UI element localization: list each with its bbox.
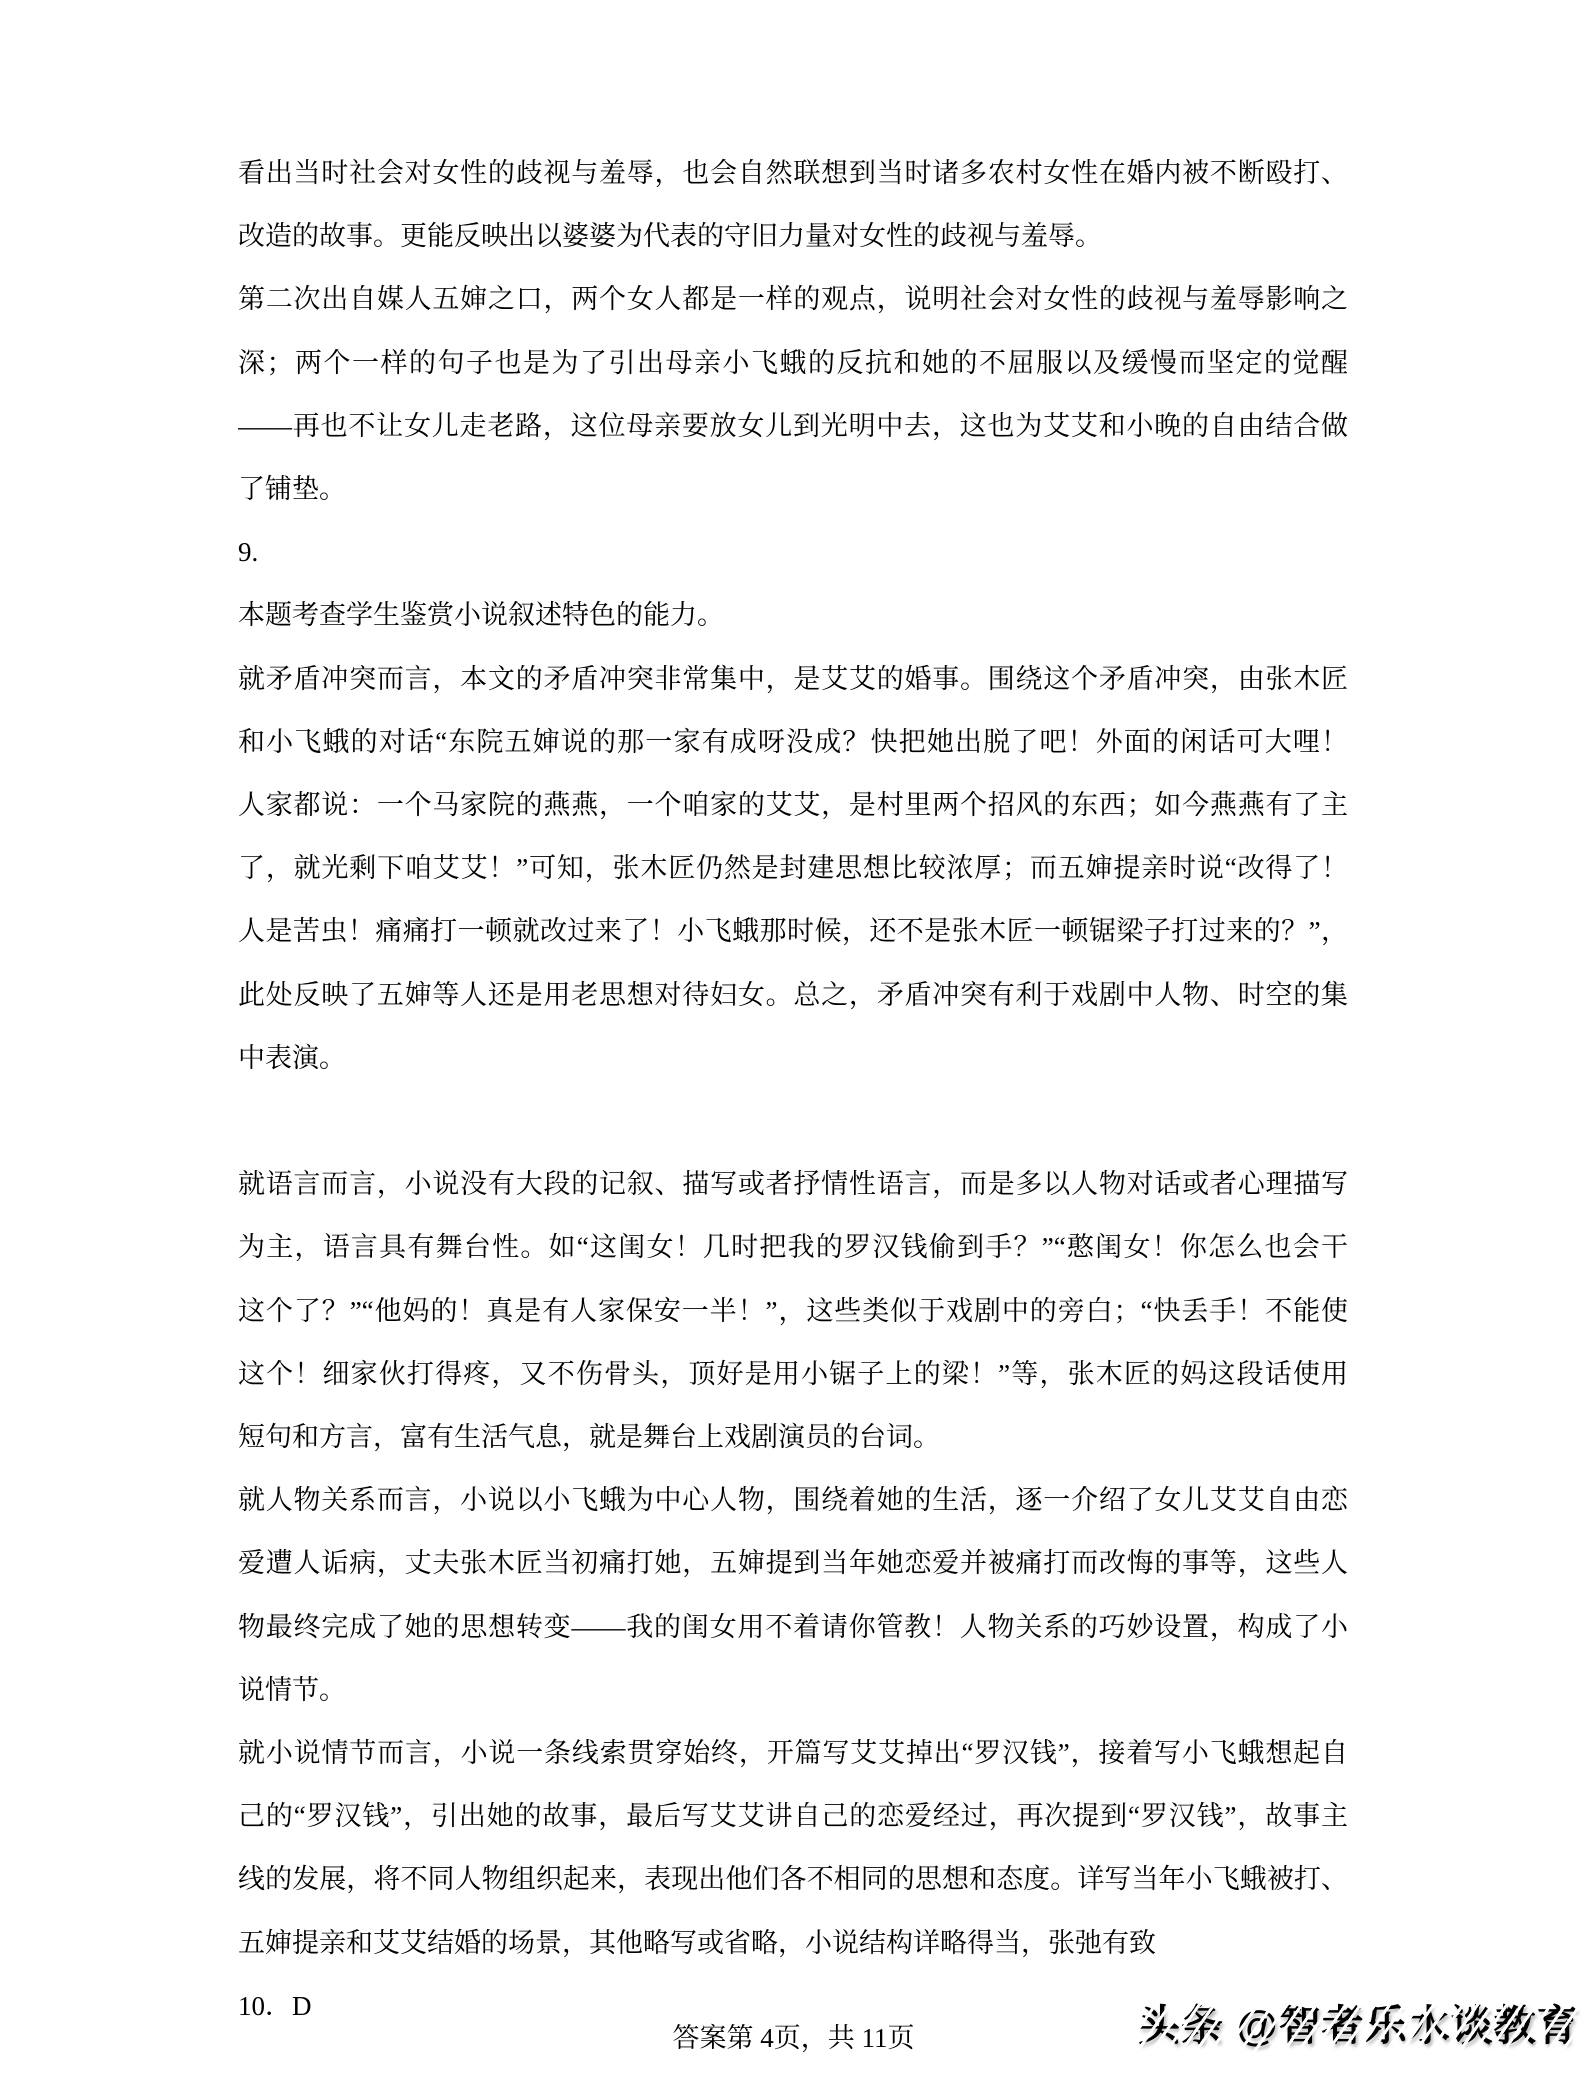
text-line: 己的“罗汉钱”，引出她的故事，最后写艾艾讲自己的恋爱经过，再次提到“罗汉钱”，故… [238, 1785, 1348, 1848]
text-line: 9. [238, 521, 1348, 584]
text-line: 深；两个一样的句子也是为了引出母亲小飞蛾的反抗和她的不屈服以及缓慢而坚定的觉醒 [238, 332, 1348, 395]
text-line: 说情节。 [238, 1659, 1348, 1722]
text-line: 线的发展，将不同人物组织起来，表现出他们各不相同的思想和态度。详写当年小飞蛾被打… [238, 1848, 1348, 1911]
text-line: 这个！细家伙打得疼，又不伤骨头，顶好是用小锯子上的梁！”等，张木匠的妈这段话使用 [238, 1343, 1348, 1406]
page-number-text: 答案第 4页，共 11页 [673, 2023, 915, 2053]
text-line: 人是苦虫！痛痛打一顿就改过来了！小飞蛾那时候，还不是张木匠一顿锯梁子打过来的？”… [238, 900, 1348, 963]
text-line: 和小飞蛾的对话“东院五婶说的那一家有成呀没成？快把她出脱了吧！外面的闲话可大哩！ [238, 711, 1348, 774]
text-line: 本题考查学生鉴赏小说叙述特色的能力。 [238, 584, 1348, 647]
text-line: ——再也不让女儿走老路，这位母亲要放女儿到光明中去，这也为艾艾和小晚的自由结合做 [238, 395, 1348, 458]
text-line: 了铺垫。 [238, 458, 1348, 521]
text-line: 这个了？”“他妈的！真是有人家保安一半！”，这些类似于戏剧中的旁白；“快丢手！不… [238, 1280, 1348, 1343]
text-line: 就小说情节而言，小说一条线索贯穿始终，开篇写艾艾掉出“罗汉钱”，接着写小飞蛾想起… [238, 1722, 1348, 1785]
text-line: 物最终完成了她的思想转变——我的闺女用不着请你管教！人物关系的巧妙设置，构成了小 [238, 1596, 1348, 1659]
watermark-text: 头条 @智者乐水谈教育 [1138, 2002, 1580, 2049]
document-page: 看出当时社会对女性的歧视与羞辱，也会自然联想到当时诸多农村女性在婚内被不断殴打、… [0, 0, 1587, 2073]
text-line: 就矛盾冲突而言，本文的矛盾冲突非常集中，是艾艾的婚事。围绕这个矛盾冲突，由张木匠 [238, 648, 1348, 711]
text-line: 就语言而言，小说没有大段的记叙、描写或者抒情性语言，而是多以人物对话或者心理描写 [238, 1153, 1348, 1216]
text-line: 第二次出自媒人五婶之口，两个女人都是一样的观点，说明社会对女性的歧视与羞辱影响之 [238, 268, 1348, 331]
text-line: 爱遭人诟病，丈夫张木匠当初痛打她，五婶提到当年她恋爱并被痛打而改悔的事等，这些人 [238, 1532, 1348, 1595]
answer-text-block: 看出当时社会对女性的歧视与羞辱，也会自然联想到当时诸多农村女性在婚内被不断殴打、… [238, 142, 1348, 2038]
text-line: 为主，语言具有舞台性。如“这闺女！几时把我的罗汉钱偷到手？”“憨闺女！你怎么也会… [238, 1216, 1348, 1279]
text-line: 了，就光剩下咱艾艾！”可知，张木匠仍然是封建思想比较浓厚；而五婶提亲时说“改得了… [238, 837, 1348, 900]
text-line: 看出当时社会对女性的歧视与羞辱，也会自然联想到当时诸多农村女性在婚内被不断殴打、 [238, 142, 1348, 205]
text-line: 短句和方言，富有生活气息，就是舞台上戏剧演员的台词。 [238, 1406, 1348, 1469]
watermark: 头条 @智者乐水谈教育 [1138, 2000, 1580, 2052]
text-line: 人家都说：一个马家院的燕燕，一个咱家的艾艾，是村里两个招风的东西；如今燕燕有了主 [238, 774, 1348, 837]
text-line: 五婶提亲和艾艾结婚的场景，其他略写或省略，小说结构详略得当，张弛有致 [238, 1912, 1348, 1975]
text-line: 就人物关系而言，小说以小飞蛾为中心人物，围绕着她的生活，逐一介绍了女儿艾艾自由恋 [238, 1469, 1348, 1532]
text-line: 中表演。 [238, 1027, 1348, 1090]
text-line: 此处反映了五婶等人还是用老思想对待妇女。总之，矛盾冲突有利于戏剧中人物、时空的集 [238, 964, 1348, 1027]
text-line: 改造的故事。更能反映出以婆婆为代表的守旧力量对女性的歧视与羞辱。 [238, 205, 1348, 268]
blank-line [238, 1090, 1348, 1153]
